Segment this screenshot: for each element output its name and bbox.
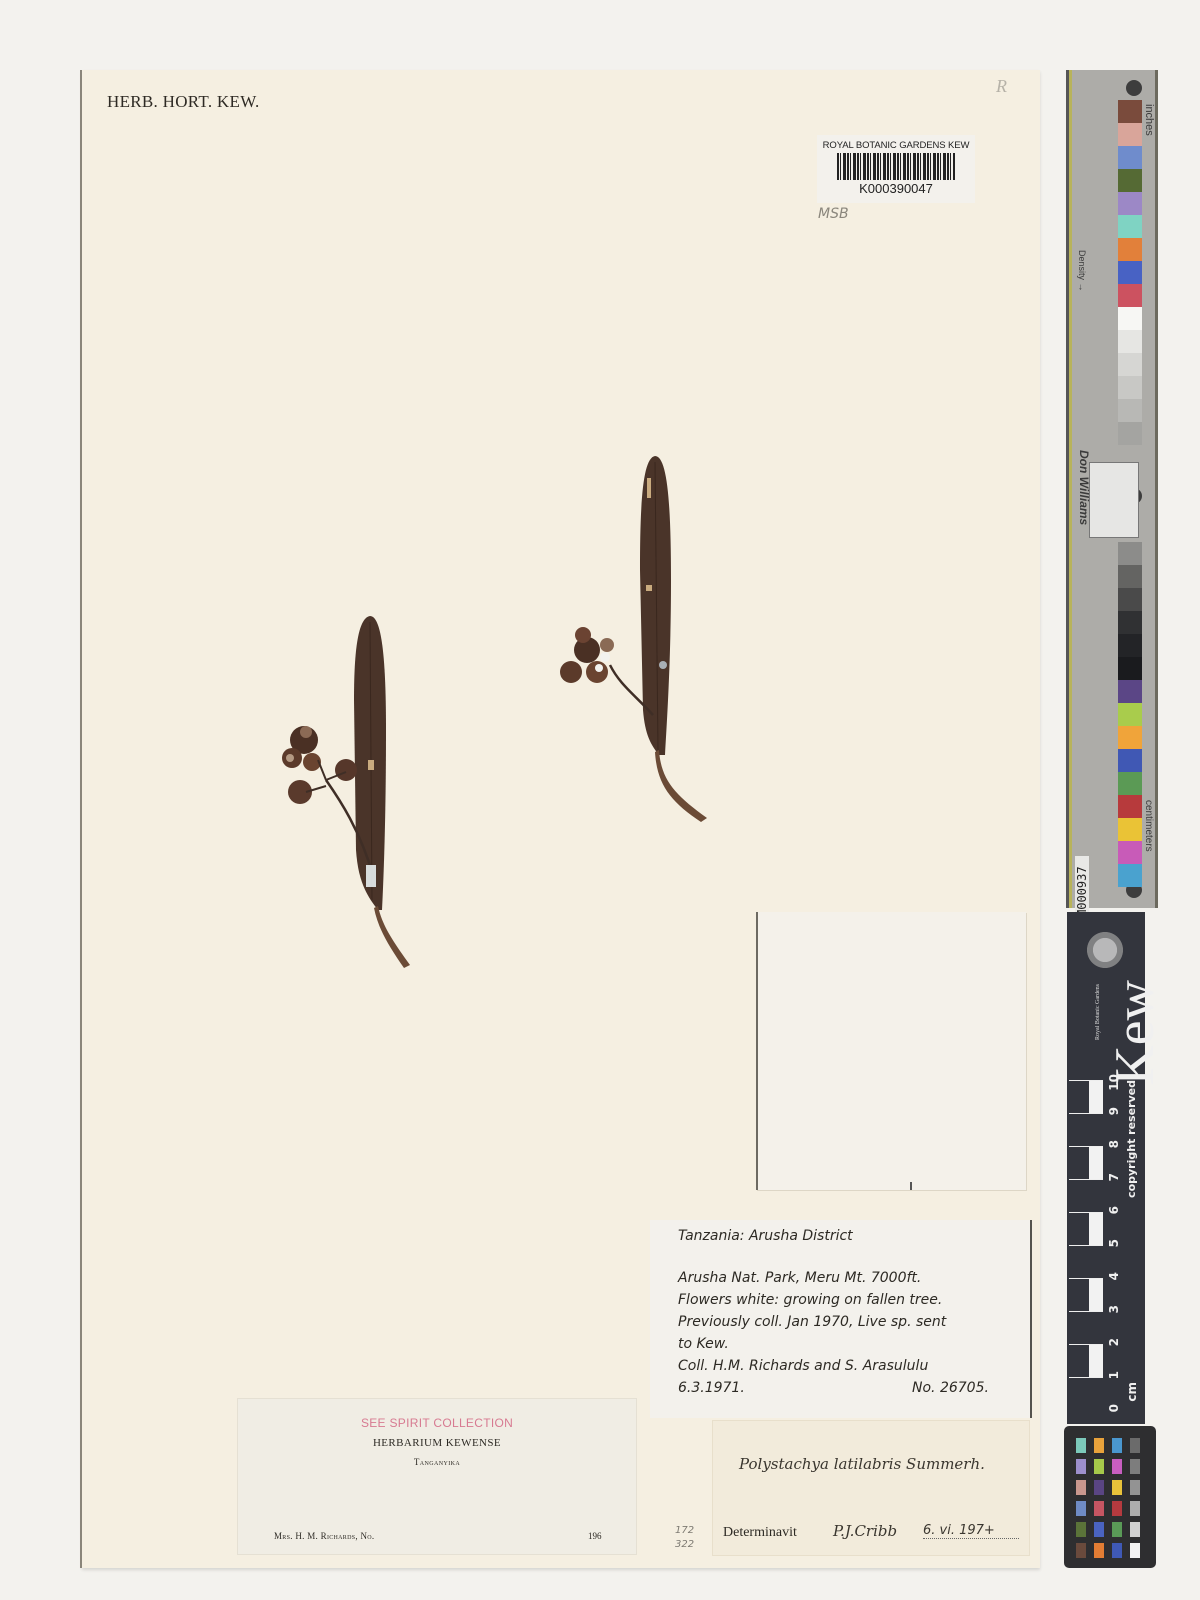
scale-tick-label: 1 [1107,1371,1123,1379]
mini-color-checker [1064,1426,1156,1568]
color-swatch [1118,657,1142,680]
label-line-locality: Tanzania: Arusha District [678,1228,853,1244]
label-line-previous: Previously coll. Jan 1970, Live sp. sent [678,1314,946,1330]
color-swatch [1118,588,1142,611]
scale-tick-label: 10 [1107,1074,1123,1091]
scale-tick-label: 5 [1107,1239,1123,1247]
checker-swatch [1094,1522,1104,1537]
barcode-label: ROYAL BOTANIC GARDENS KEW K000390047 [817,135,975,203]
checker-swatch [1130,1459,1140,1474]
checker-swatch [1112,1501,1122,1516]
color-swatch [1118,542,1142,565]
color-swatch [1118,726,1142,749]
color-swatch [1118,399,1142,422]
color-swatch [1118,703,1142,726]
herbarium-printed-label: SEE SPIRIT COLLECTION HERBARIUM KEWENSE … [237,1398,637,1555]
scale-segment [1069,1344,1103,1377]
determination-date: 6. vi. 197+ [923,1523,1019,1539]
color-swatch [1118,864,1142,887]
checker-swatch [1094,1480,1104,1495]
inches-label: inches [1143,104,1155,136]
color-swatch [1118,123,1142,146]
scale-segment [1069,1278,1103,1311]
checker-swatch [1076,1501,1086,1516]
checker-swatch [1130,1522,1140,1537]
determination-label: Polystachya latilabris Summerh. Determin… [712,1420,1030,1556]
scale-segment [1069,1245,1103,1278]
color-swatch [1118,634,1142,657]
institution-name: HERBARIUM KEWENSE [238,1437,636,1449]
cm-scale: 012345678910 [1069,1080,1103,1410]
region-name: Tanganyika [238,1457,636,1467]
checker-swatch [1094,1438,1104,1453]
checker-swatch [1076,1459,1086,1474]
color-calibration-target: inches centimeters Density → Don William… [1066,70,1158,908]
scale-tick-label: 0 [1107,1404,1123,1412]
checker-swatch [1112,1459,1122,1474]
color-swatch [1118,422,1142,445]
color-swatch [1118,146,1142,169]
checker-swatch [1112,1438,1122,1453]
scale-tick-label: 9 [1107,1107,1123,1115]
scale-segment [1069,1080,1103,1113]
kew-logo: Kew [1107,980,1163,1086]
color-swatch [1118,841,1142,864]
royal-crest-icon [1077,922,1133,978]
color-swatch [1118,192,1142,215]
barcode-organisation: ROYAL BOTANIC GARDENS KEW [817,140,975,151]
color-swatch [1118,284,1142,307]
checker-swatch [1076,1522,1086,1537]
checker-swatch [1130,1543,1140,1558]
centimeters-label: centimeters [1143,800,1154,852]
scale-tick-label: 3 [1107,1305,1123,1313]
checker-swatch [1112,1480,1122,1495]
printed-number: 196 [588,1531,602,1541]
envelope-flap [910,1182,912,1190]
scale-tick-label: 4 [1107,1272,1123,1280]
determinavit-label: Determinavit [723,1525,797,1541]
label-line-date: 6.3.1971. [678,1380,745,1396]
scale-segment [1069,1212,1103,1245]
checker-swatch [1130,1501,1140,1516]
specimen-envelope[interactable] [756,912,1026,1190]
color-swatch [1118,238,1142,261]
printed-collector: Mrs. H. M. Richards, No. [274,1531,374,1541]
scale-tick-label: 2 [1107,1338,1123,1346]
checker-swatch [1076,1480,1086,1495]
sheet-header: HERB. HORT. KEW. [107,92,260,112]
taxon-name: Polystachya latilabris Summerh. [739,1455,985,1473]
color-swatch [1118,795,1142,818]
density-label: Density → [1077,250,1087,292]
scale-unit: cm [1125,1382,1139,1402]
scale-segment [1069,1311,1103,1344]
color-swatch [1118,330,1142,353]
msb-annotation: MSB [818,206,849,222]
scale-tick-label: 7 [1107,1173,1123,1181]
label-collection-number: No. 26705. [912,1380,989,1396]
scale-segment [1069,1146,1103,1179]
copyright-notice: copyright reserved [1125,1080,1138,1198]
checker-swatch [1094,1543,1104,1558]
checker-swatch [1076,1438,1086,1453]
label-line-collectors: Coll. H.M. Richards and S. Arasululu [678,1358,928,1374]
determiner-signature: P.J.Cribb [833,1522,897,1540]
collector-label: Tanzania: Arusha District Arusha Nat. Pa… [650,1220,1032,1418]
color-swatch [1118,307,1142,330]
spirit-collection-stamp: SEE SPIRIT COLLECTION [238,1416,636,1430]
checker-swatch [1112,1522,1122,1537]
color-swatch [1118,680,1142,703]
scale-segment [1069,1179,1103,1212]
checker-swatch [1094,1501,1104,1516]
color-swatch [1118,353,1142,376]
barcode-icon [837,153,955,180]
target-insert [1089,462,1139,538]
scale-segment [1069,1377,1103,1410]
specimen-plant-left [270,610,430,970]
color-swatch [1118,611,1142,634]
checker-swatch [1130,1438,1140,1453]
side-number-bottom: 322 [675,1538,694,1552]
color-swatch [1118,772,1142,795]
color-swatch [1118,169,1142,192]
checker-swatch [1076,1543,1086,1558]
specimen-plant-right [555,450,715,830]
kew-subtitle: Royal Botanic Gardens [1095,984,1101,1040]
checker-swatch [1112,1543,1122,1558]
specimen-id: K000390047 [817,181,975,196]
label-line-site: Arusha Nat. Park, Meru Mt. 7000ft. [678,1270,921,1286]
checker-swatch [1130,1480,1140,1495]
label-line-previous-cont: to Kew. [678,1336,729,1352]
scale-tick-label: 6 [1107,1206,1123,1214]
scale-segment [1069,1113,1103,1146]
label-line-habitat: Flowers white: growing on fallen tree. [678,1292,942,1308]
scale-tick-label: 8 [1107,1140,1123,1148]
side-number-top: 172 [675,1524,694,1538]
color-swatch [1118,376,1142,399]
corner-annotation: R [996,76,1007,97]
checker-swatch [1094,1459,1104,1474]
color-swatch [1118,215,1142,238]
color-swatch [1118,261,1142,284]
color-swatch [1118,818,1142,841]
kew-scale-bar: Kew Royal Botanic Gardens 012345678910 c… [1067,912,1145,1424]
color-swatch [1118,565,1142,588]
color-swatch [1118,100,1142,123]
color-swatch [1118,749,1142,772]
side-annotation: 172 322 [675,1524,694,1552]
target-hole-top [1126,80,1142,96]
